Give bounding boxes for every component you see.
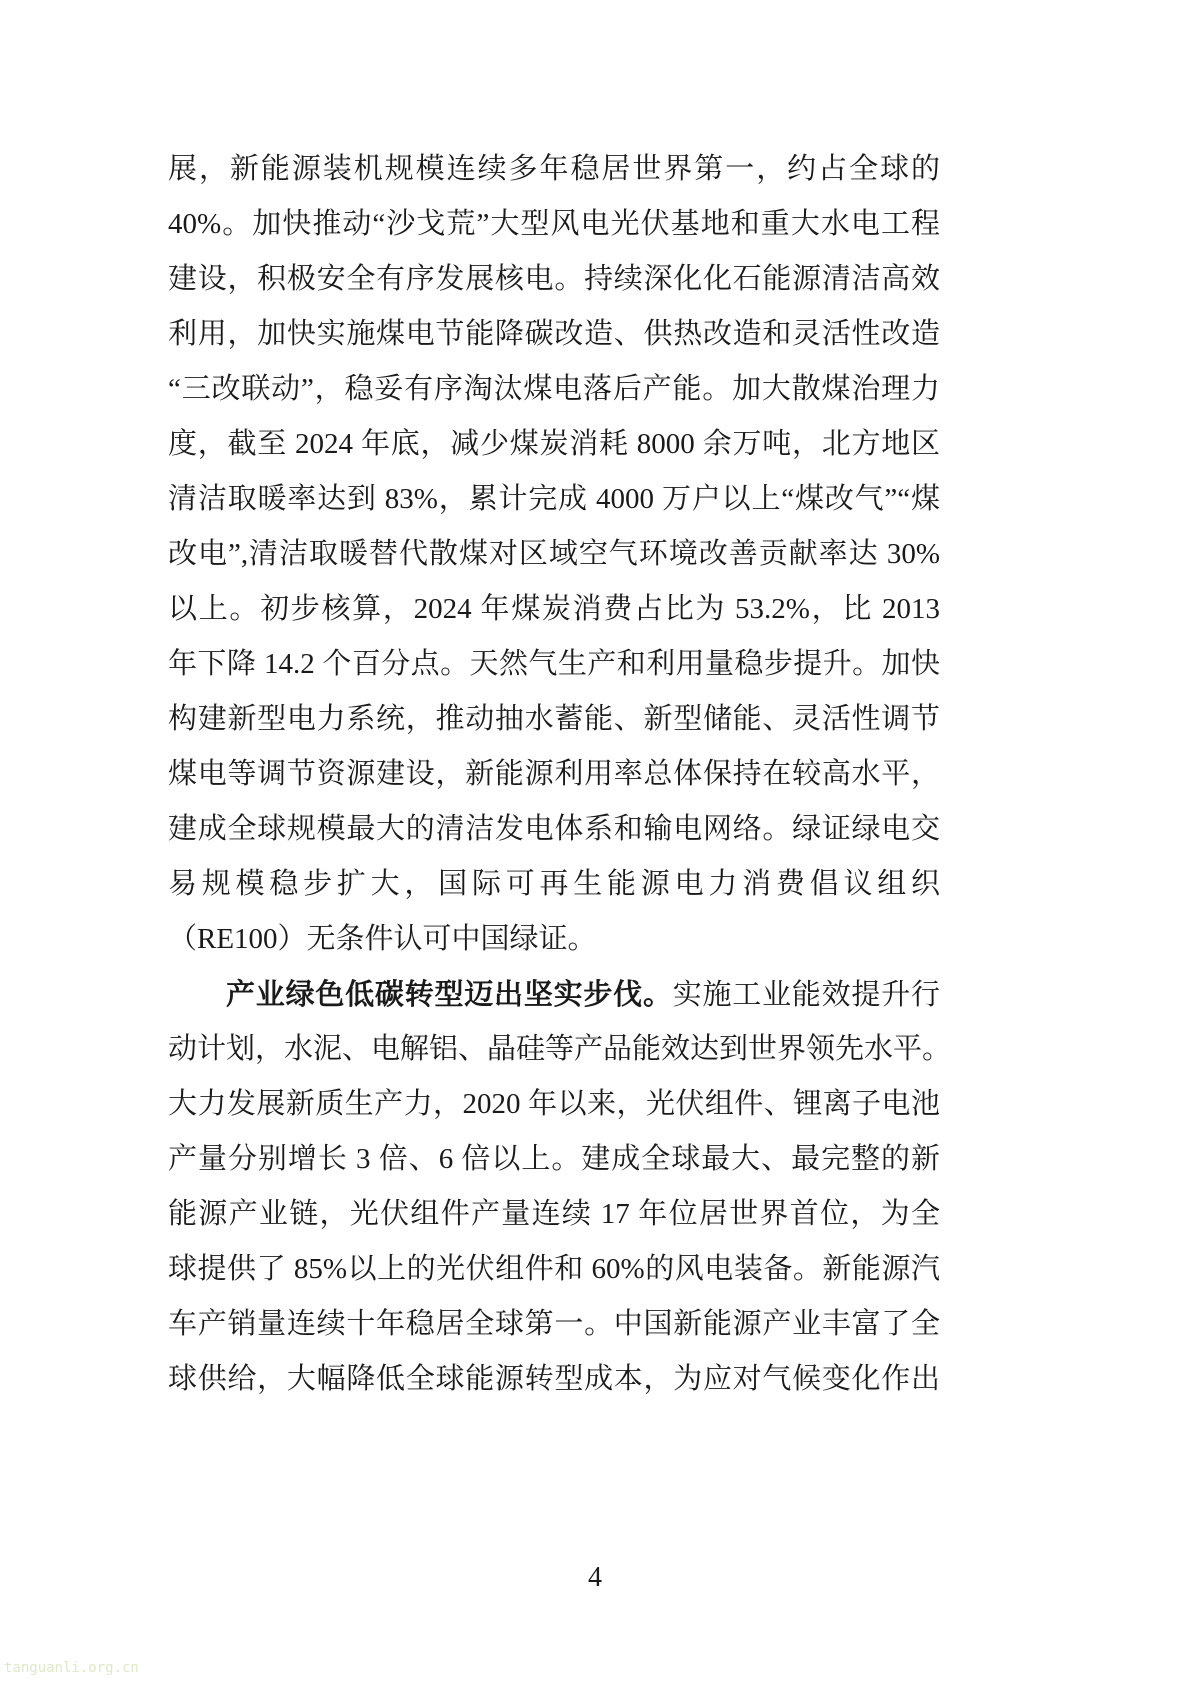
text-line: 清洁取暖率达到 83%，累计完成 4000 万户以上“煤改气”“煤 <box>168 472 940 527</box>
text-line: 球提供了 85%以上的光伏组件和 60%的风电装备。新能源汽 <box>168 1242 940 1297</box>
text-line: 能源产业链，光伏组件产量连续 17 年位居世界首位，为全 <box>168 1187 940 1242</box>
text-line: 建成全球规模最大的清洁发电体系和输电网络。绿证绿电交 <box>168 802 940 857</box>
text-line: 利用，加快实施煤电节能降碳改造、供热改造和灵活性改造 <box>168 307 940 362</box>
text-line: 大力发展新质生产力，2020 年以来，光伏组件、锂离子电池 <box>168 1077 940 1132</box>
text-line: 车产销量连续十年稳居全球第一。中国新能源产业丰富了全 <box>168 1297 940 1352</box>
text-line: 易规模稳步扩大，国际可再生能源电力消费倡议组织 <box>168 857 940 912</box>
text-line: 构建新型电力系统，推动抽水蓄能、新型储能、灵活性调节 <box>168 692 940 747</box>
text-line: 以上。初步核算，2024 年煤炭消费占比为 53.2%，比 2013 <box>168 582 940 637</box>
page-number: 4 <box>0 1562 1190 1594</box>
text-line: “三改联动”，稳妥有序淘汰煤电落后产能。加大散煤治理力 <box>168 362 940 417</box>
document-page: 展，新能源装机规模连续多年稳居世界第一，约占全球的 40%。加快推动“沙戈荒”大… <box>0 0 1190 1684</box>
text-line: 动计划，水泥、电解铝、晶硅等产品能效达到世界领先水平。 <box>168 1022 940 1077</box>
text-line: 改电”,清洁取暖替代散煤对区域空气环境改善贡献率达 30% <box>168 527 940 582</box>
text-line: 球供给，大幅降低全球能源转型成本，为应对气候变化作出 <box>168 1352 940 1407</box>
text-line: 建设，积极安全有序发展核电。持续深化化石能源清洁高效 <box>168 252 940 307</box>
text-line: （RE100）无条件认可中国绿证。 <box>168 912 940 967</box>
text-line: 煤电等调节资源建设，新能源利用率总体保持在较高水平， <box>168 747 940 802</box>
text-line: 展，新能源装机规模连续多年稳居世界第一，约占全球的 <box>168 142 940 197</box>
text-line: 40%。加快推动“沙戈荒”大型风电光伏基地和重大水电工程 <box>168 197 940 252</box>
text-fragment: 实施工业能效提升行 <box>673 979 940 1011</box>
paragraph-lead-heading: 产业绿色低碳转型迈出坚实步伐。 <box>226 977 673 1011</box>
text-line: 度，截至 2024 年底，减少煤炭消耗 8000 余万吨，北方地区 <box>168 417 940 472</box>
text-line: 产量分别增长 3 倍、6 倍以上。建成全球最大、最完整的新 <box>168 1132 940 1187</box>
paragraph-first-line: 产业绿色低碳转型迈出坚实步伐。实施工业能效提升行 <box>168 967 940 1022</box>
body-text: 展，新能源装机规模连续多年稳居世界第一，约占全球的 40%。加快推动“沙戈荒”大… <box>168 142 940 1407</box>
text-line: 年下降 14.2 个百分点。天然气生产和利用量稳步提升。加快 <box>168 637 940 692</box>
watermark: tanguanli.org.cn <box>4 1660 139 1676</box>
